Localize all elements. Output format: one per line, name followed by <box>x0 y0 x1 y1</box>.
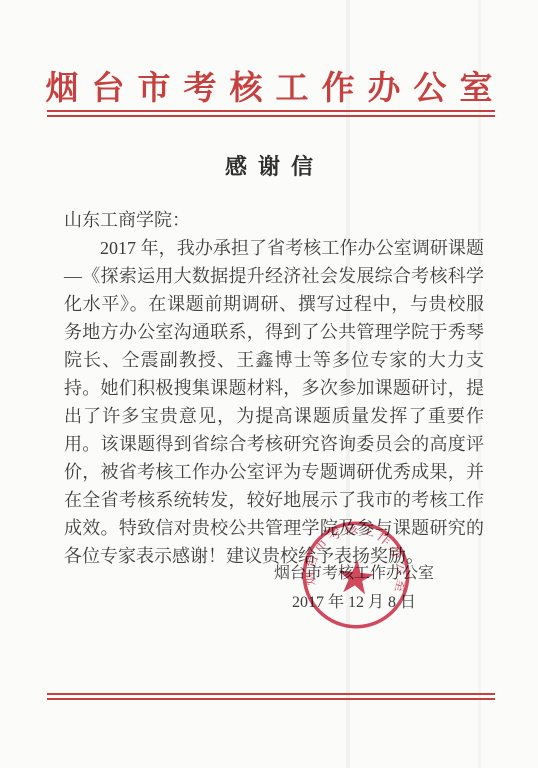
body-paragraph: 2017 年，我办承担了省考核工作办公室调研课题—《探索运用大数据提升经济社会发… <box>64 234 484 570</box>
letterhead-title: 烟台市考核工作办公室 <box>0 62 538 109</box>
signature-block: 烟台市考核工作办公室 2017 年 12 月 8 日 <box>270 559 438 617</box>
salutation: 山东工商学院： <box>64 206 484 234</box>
letterhead-rule <box>47 110 495 117</box>
signature-org: 烟台市考核工作办公室 <box>270 559 438 588</box>
letter-body: 山东工商学院： 2017 年，我办承担了省考核工作办公室调研课题—《探索运用大数… <box>64 206 484 570</box>
footer-rule <box>47 693 495 700</box>
letter-title: 感谢信 <box>0 150 538 181</box>
letter-page: 烟台市考核工作办公室 感谢信 山东工商学院： 2017 年，我办承担了省考核工作… <box>0 0 538 768</box>
signature-date: 2017 年 12 月 8 日 <box>270 588 438 617</box>
